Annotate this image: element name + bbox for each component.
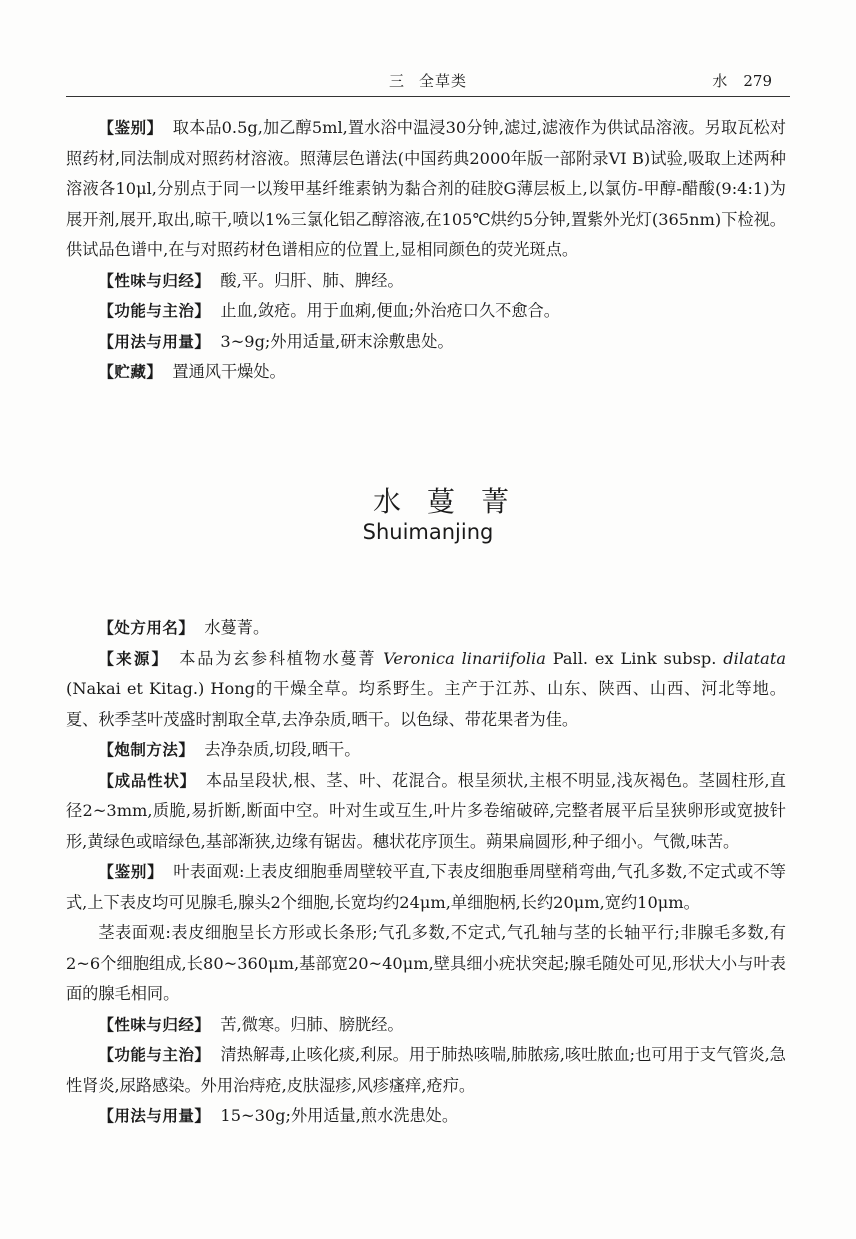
source-text-after: (Nakai et Kitag.) Hong的干燥全草。均系野生。主产于江苏、山… [66,679,786,729]
identification: 【鉴别】叶表面观:上表皮细胞垂周壁较平直,下表皮细胞垂周壁稍弯曲,气孔多数,不定… [66,857,786,918]
prev-storage-text: 置通风干燥处。 [172,362,285,381]
source: 【来源】本品为玄参科植物水蔓菁 Veronica linariifolia Pa… [66,644,786,736]
processing: 【炮制方法】去净杂质,切段,晒干。 [66,735,786,766]
processing-text: 去净杂质,切段,晒干。 [204,740,360,759]
section-number: 三 [389,72,405,90]
prev-identification: 【鉴别】取本品0.5g,加乙醇5ml,置水浴中温浸30分钟,滤过,滤液作为供试品… [66,113,786,266]
description-label: 【成品性状】 [98,772,195,790]
prev-nature-meridian-label: 【性味与归经】 [98,272,210,290]
section-title: 全草类 [419,72,467,90]
nature-meridian-label: 【性味与归经】 [98,1016,210,1034]
monograph-title: 水蔓菁 [0,480,856,520]
previous-entry: 【鉴别】取本品0.5g,加乙醇5ml,置水浴中温浸30分钟,滤过,滤液作为供试品… [66,113,786,388]
prescription-name: 【处方用名】水蔓菁。 [66,613,786,644]
prev-usage: 【用法与用量】3~9g;外用适量,研末涂敷患处。 [66,327,786,358]
prev-nature-meridian-text: 酸,平。归肝、肺、脾经。 [220,271,403,290]
prev-identification-text: 取本品0.5g,加乙醇5ml,置水浴中温浸30分钟,滤过,滤液作为供试品溶液。另… [66,118,786,259]
usage-label: 【用法与用量】 [98,1107,210,1125]
page-number: 279 [743,72,772,90]
functions-label: 【功能与主治】 [98,1046,210,1064]
subspecies-name: dilatata [723,649,786,668]
header-rule [66,96,790,97]
prescription-name-label: 【处方用名】 [98,619,194,637]
source-label: 【来源】 [98,650,169,668]
prev-functions-text: 止血,敛疮。用于血痢,便血;外治疮口久不愈合。 [220,301,560,320]
identification-label: 【鉴别】 [98,863,163,881]
running-header: 三全草类 水279 [66,68,790,96]
identification-stem: 茎表面观:表皮细胞呈长方形或长条形;气孔多数,不定式,气孔轴与茎的长轴平行;非腺… [66,918,786,1010]
prev-usage-text: 3~9g;外用适量,研末涂敷患处。 [220,332,453,351]
identification-leaf-text: 叶表面观:上表皮细胞垂周壁较平直,下表皮细胞垂周壁稍弯曲,气孔多数,不定式或不等… [66,862,786,912]
monograph-pinyin: Shuimanjing [0,520,856,544]
usage: 【用法与用量】15~30g;外用适量,煎水洗患处。 [66,1101,786,1132]
species-authority: Pall. ex Link subsp. [546,649,723,668]
processing-label: 【炮制方法】 [98,741,194,759]
prev-usage-label: 【用法与用量】 [98,333,210,351]
usage-text: 15~30g;外用适量,煎水洗患处。 [220,1106,458,1125]
prev-functions-label: 【功能与主治】 [98,302,210,320]
document-page: 三全草类 水279 【鉴别】取本品0.5g,加乙醇5ml,置水浴中温浸30分钟,… [0,0,856,1239]
prev-nature-meridian: 【性味与归经】酸,平。归肝、肺、脾经。 [66,266,786,297]
prescription-name-text: 水蔓菁。 [204,618,269,637]
functions: 【功能与主治】清热解毒,止咳化痰,利尿。用于肺热咳喘,肺脓疡,咳吐脓血;也可用于… [66,1040,786,1101]
page-info: 水279 [712,70,772,91]
prev-storage: 【贮藏】置通风干燥处。 [66,357,786,388]
section-heading: 三全草类 [66,70,790,91]
prev-storage-label: 【贮藏】 [98,363,162,381]
monograph-body: 【处方用名】水蔓菁。 【来源】本品为玄参科植物水蔓菁 Veronica lina… [66,613,786,1132]
source-text-before: 本品为玄参科植物水蔓菁 [179,649,383,668]
index-char: 水 [712,72,727,90]
description: 【成品性状】本品呈段状,根、茎、叶、花混合。根呈须状,主根不明显,浅灰褐色。茎圆… [66,766,786,858]
species-name: Veronica linariifolia [383,649,546,668]
nature-meridian-text: 苦,微寒。归肺、膀胱经。 [220,1015,403,1034]
identification-stem-text: 茎表面观:表皮细胞呈长方形或长条形;气孔多数,不定式,气孔轴与茎的长轴平行;非腺… [66,923,786,1003]
prev-identification-label: 【鉴别】 [98,119,162,137]
nature-meridian: 【性味与归经】苦,微寒。归肺、膀胱经。 [66,1010,786,1041]
prev-functions: 【功能与主治】止血,敛疮。用于血痢,便血;外治疮口久不愈合。 [66,296,786,327]
